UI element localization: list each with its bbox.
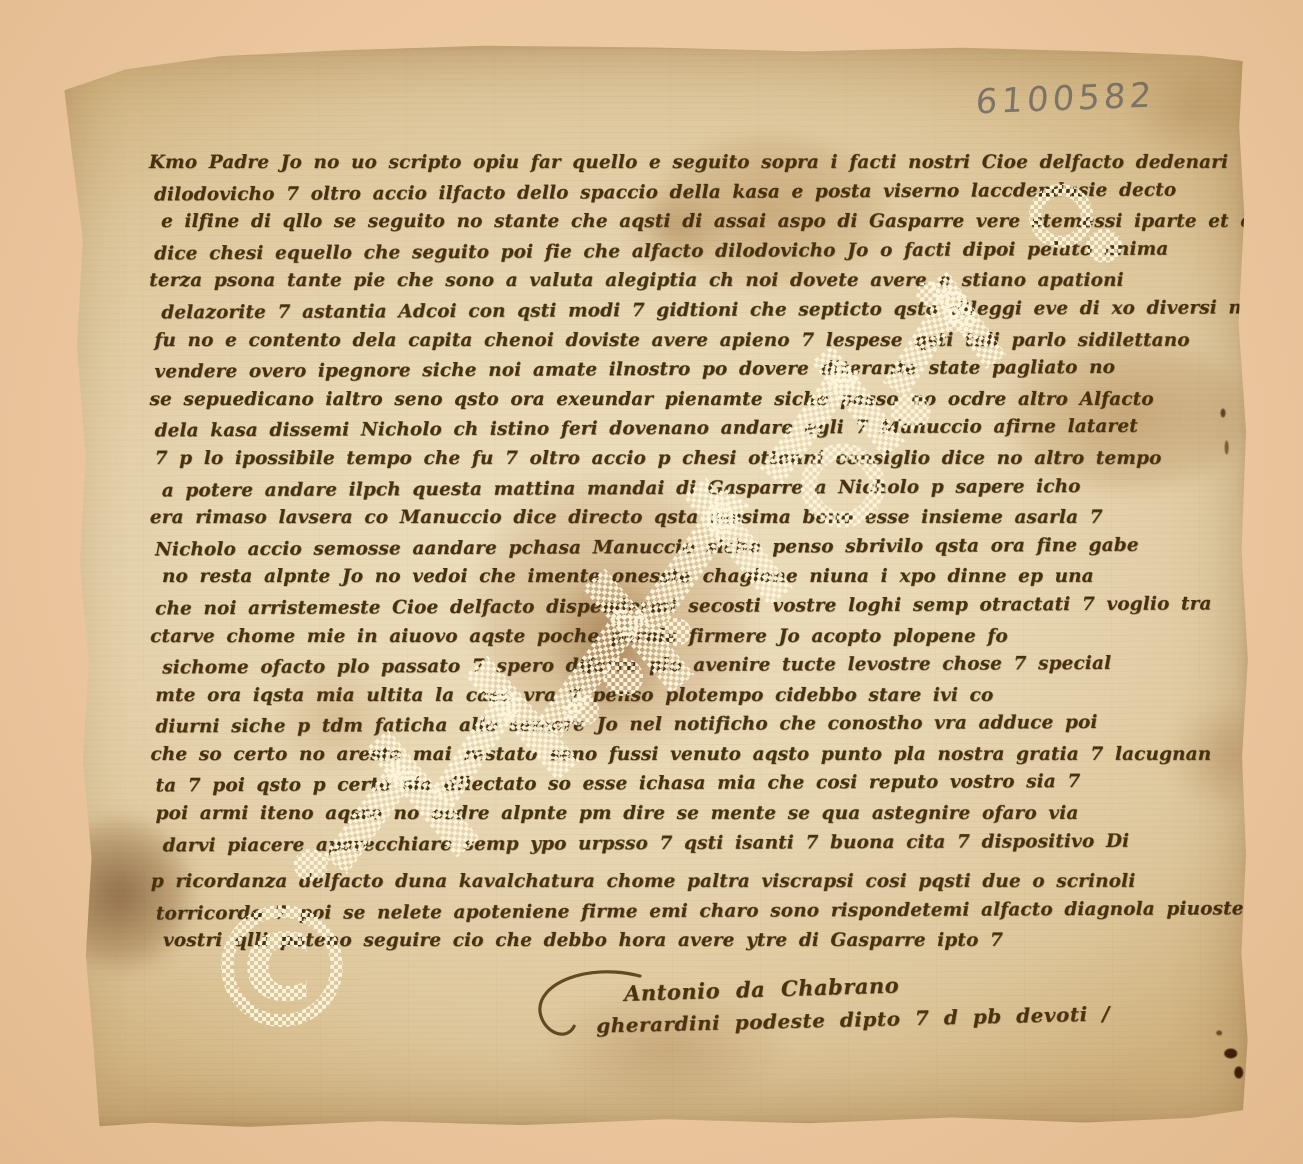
- photo-background: { "photo": { "background_color": "#ecc7a…: [0, 0, 1303, 1164]
- manuscript-page: 6100582 Kmo Padre Jo no uo scripto opiu …: [54, 40, 1252, 1129]
- paper-edge-shading: [54, 40, 1252, 1129]
